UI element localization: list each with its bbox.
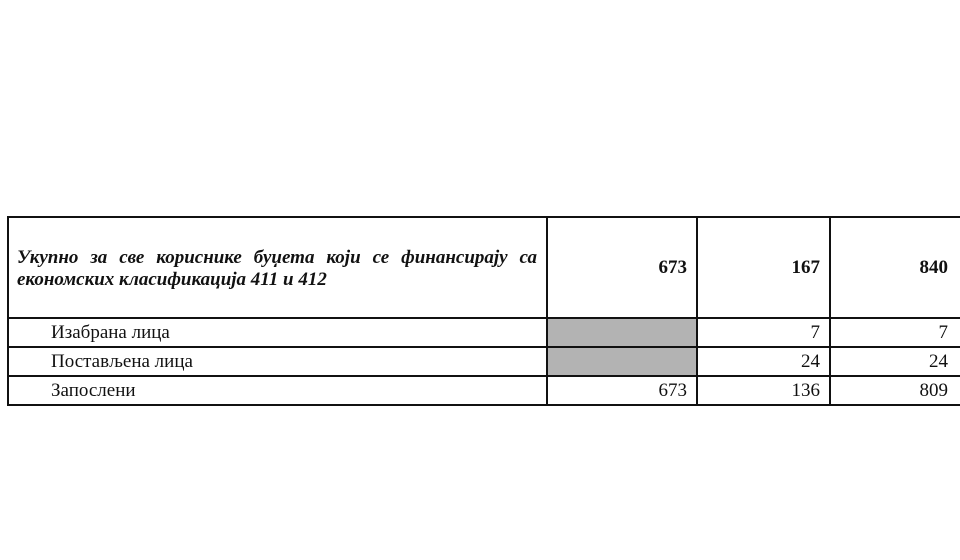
row-label-employees: Запослени bbox=[8, 376, 547, 405]
table-row-total: Укупно за све кориснике буџета који се ф… bbox=[8, 217, 960, 318]
row-label-appointed-persons: Постављена лица bbox=[8, 347, 547, 376]
employees-value-col1: 673 bbox=[547, 376, 697, 405]
elected-value-col3: 7 bbox=[830, 318, 960, 347]
budget-table-container: Укупно за све кориснике буџета који се ф… bbox=[7, 216, 960, 406]
budget-employees-table: Укупно за све кориснике буџета који се ф… bbox=[7, 216, 960, 406]
employees-value-col2: 136 bbox=[697, 376, 830, 405]
row-label-elected-persons: Изабрана лица bbox=[8, 318, 547, 347]
appointed-value-col2: 24 bbox=[697, 347, 830, 376]
total-row-value-col1: 673 bbox=[547, 217, 697, 318]
total-row-value-col3: 840 bbox=[830, 217, 960, 318]
elected-value-col2: 7 bbox=[697, 318, 830, 347]
shaded-cell-appointed-col1 bbox=[547, 347, 697, 376]
table-row-appointed-persons: Постављена лица 24 24 bbox=[8, 347, 960, 376]
total-row-label: Укупно за све кориснике буџета који се ф… bbox=[8, 217, 547, 318]
total-row-value-col2: 167 bbox=[697, 217, 830, 318]
table-row-elected-persons: Изабрана лица 7 7 bbox=[8, 318, 960, 347]
shaded-cell-elected-col1 bbox=[547, 318, 697, 347]
table-row-employees: Запослени 673 136 809 bbox=[8, 376, 960, 405]
employees-value-col3: 809 bbox=[830, 376, 960, 405]
appointed-value-col3: 24 bbox=[830, 347, 960, 376]
